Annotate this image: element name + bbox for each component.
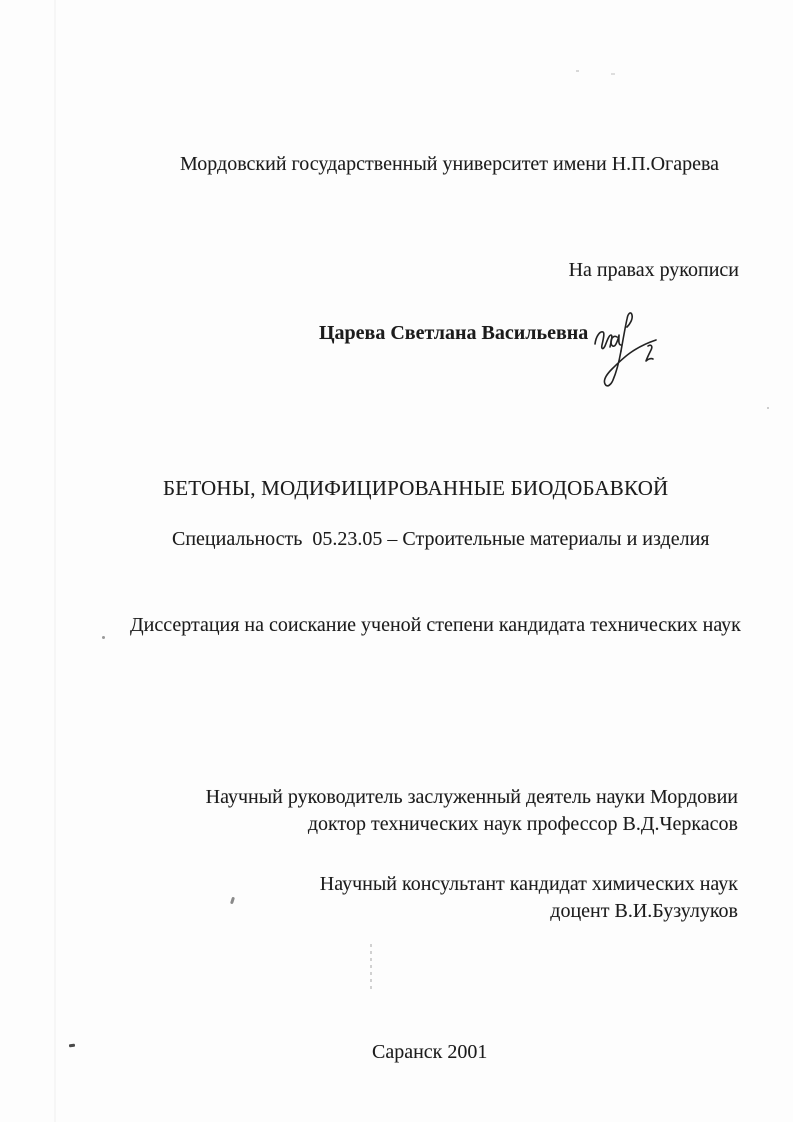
scanned-title-page: Мордовский государственный университет и…	[0, 0, 793, 1122]
consultant-line-2: доцент В.И.Бузулуков	[320, 898, 738, 925]
scan-speck	[611, 73, 615, 75]
university-name: Мордовский государственный университет и…	[180, 153, 719, 176]
consultant-line-1: Научный консультант кандидат химических …	[320, 871, 738, 898]
scan-page-edge	[54, 0, 56, 1122]
city-year: Саранск 2001	[372, 1041, 487, 1064]
scan-speck	[102, 636, 105, 639]
supervisor-block: Научный руководитель заслуженный деятель…	[206, 784, 738, 838]
scan-speck	[767, 407, 769, 409]
scan-speck	[69, 1044, 75, 1048]
scan-scratch-mark	[370, 944, 372, 990]
scan-speck	[230, 897, 235, 905]
specialty-line: Специальность 05.23.05 – Строительные ма…	[172, 528, 709, 551]
dissertation-title: БЕТОНЫ, МОДИФИЦИРОВАННЫЕ БИОДОБАВКОЙ	[163, 476, 668, 501]
author-name: Царева Светлана Васильевна	[319, 322, 588, 345]
supervisor-line-1: Научный руководитель заслуженный деятель…	[206, 784, 738, 811]
supervisor-line-2: доктор технических наук профессор В.Д.Че…	[206, 811, 738, 838]
signature-icon	[577, 306, 667, 398]
manuscript-rights-note: На правах рукописи	[569, 259, 739, 282]
thesis-type-line: Диссертация на соискание ученой степени …	[130, 614, 741, 637]
consultant-block: Научный консультант кандидат химических …	[320, 871, 738, 925]
scan-speck	[576, 70, 579, 72]
